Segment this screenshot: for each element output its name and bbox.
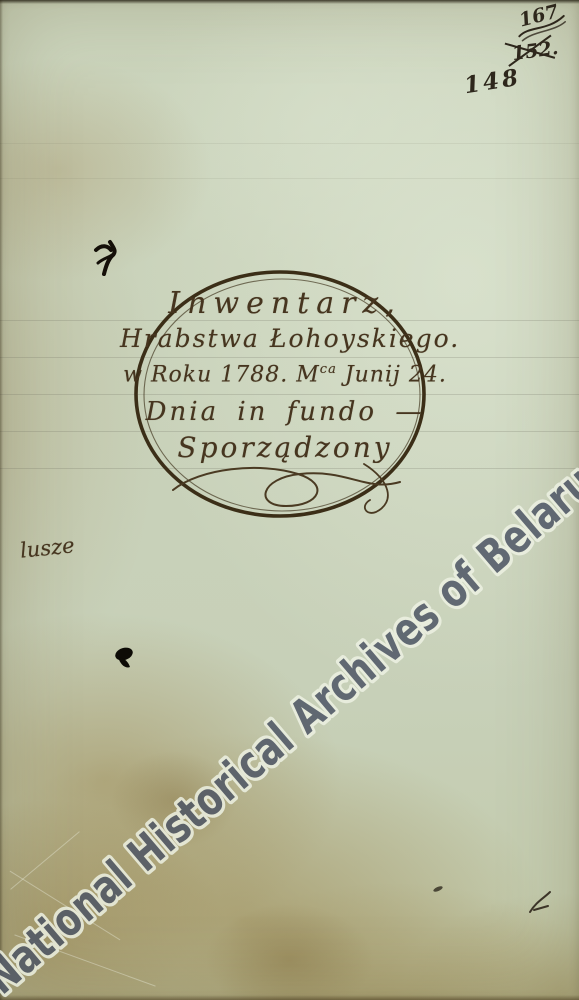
paper-crease (10, 871, 121, 941)
title-line-3-pre: w Roku 1788. M (123, 362, 320, 387)
title-line-4: Dnia in fundo — (120, 397, 450, 427)
pen-flourish (168, 460, 418, 518)
page-number-text: 148 (462, 64, 523, 100)
margin-note: lusze (19, 533, 76, 563)
scanned-document-page: 167 152. 148 Inwentarz, Hrabstwa Łohoysk… (0, 0, 579, 1000)
ink-squiggle (524, 888, 554, 918)
paper-hole (110, 644, 140, 676)
paper-crease (14, 934, 155, 986)
ink-blot (90, 236, 130, 280)
title-line-2: Hrabstwa Łohoyskiego. (120, 324, 450, 353)
page-number-crossed-out-1: 167 (517, 1, 561, 32)
scan-edge-bottom (0, 995, 579, 1000)
page-number-current: 148 (462, 64, 523, 100)
title-line-3: w Roku 1788. Mca Junij 24. (112, 362, 458, 387)
ink-speck (432, 884, 444, 894)
scan-edge-top (0, 0, 579, 4)
ruled-line (0, 178, 579, 179)
title-line-3-post: Junij 24. (337, 362, 447, 387)
title-line-1: Inwentarz, (120, 286, 450, 321)
title-cartouche: Inwentarz, Hrabstwa Łohoyskiego. w Roku … (120, 262, 450, 532)
ruled-line (0, 143, 579, 144)
paper-crease (10, 831, 80, 890)
scan-edge-left (0, 0, 3, 1000)
title-line-3-superscript: ca (320, 362, 337, 377)
